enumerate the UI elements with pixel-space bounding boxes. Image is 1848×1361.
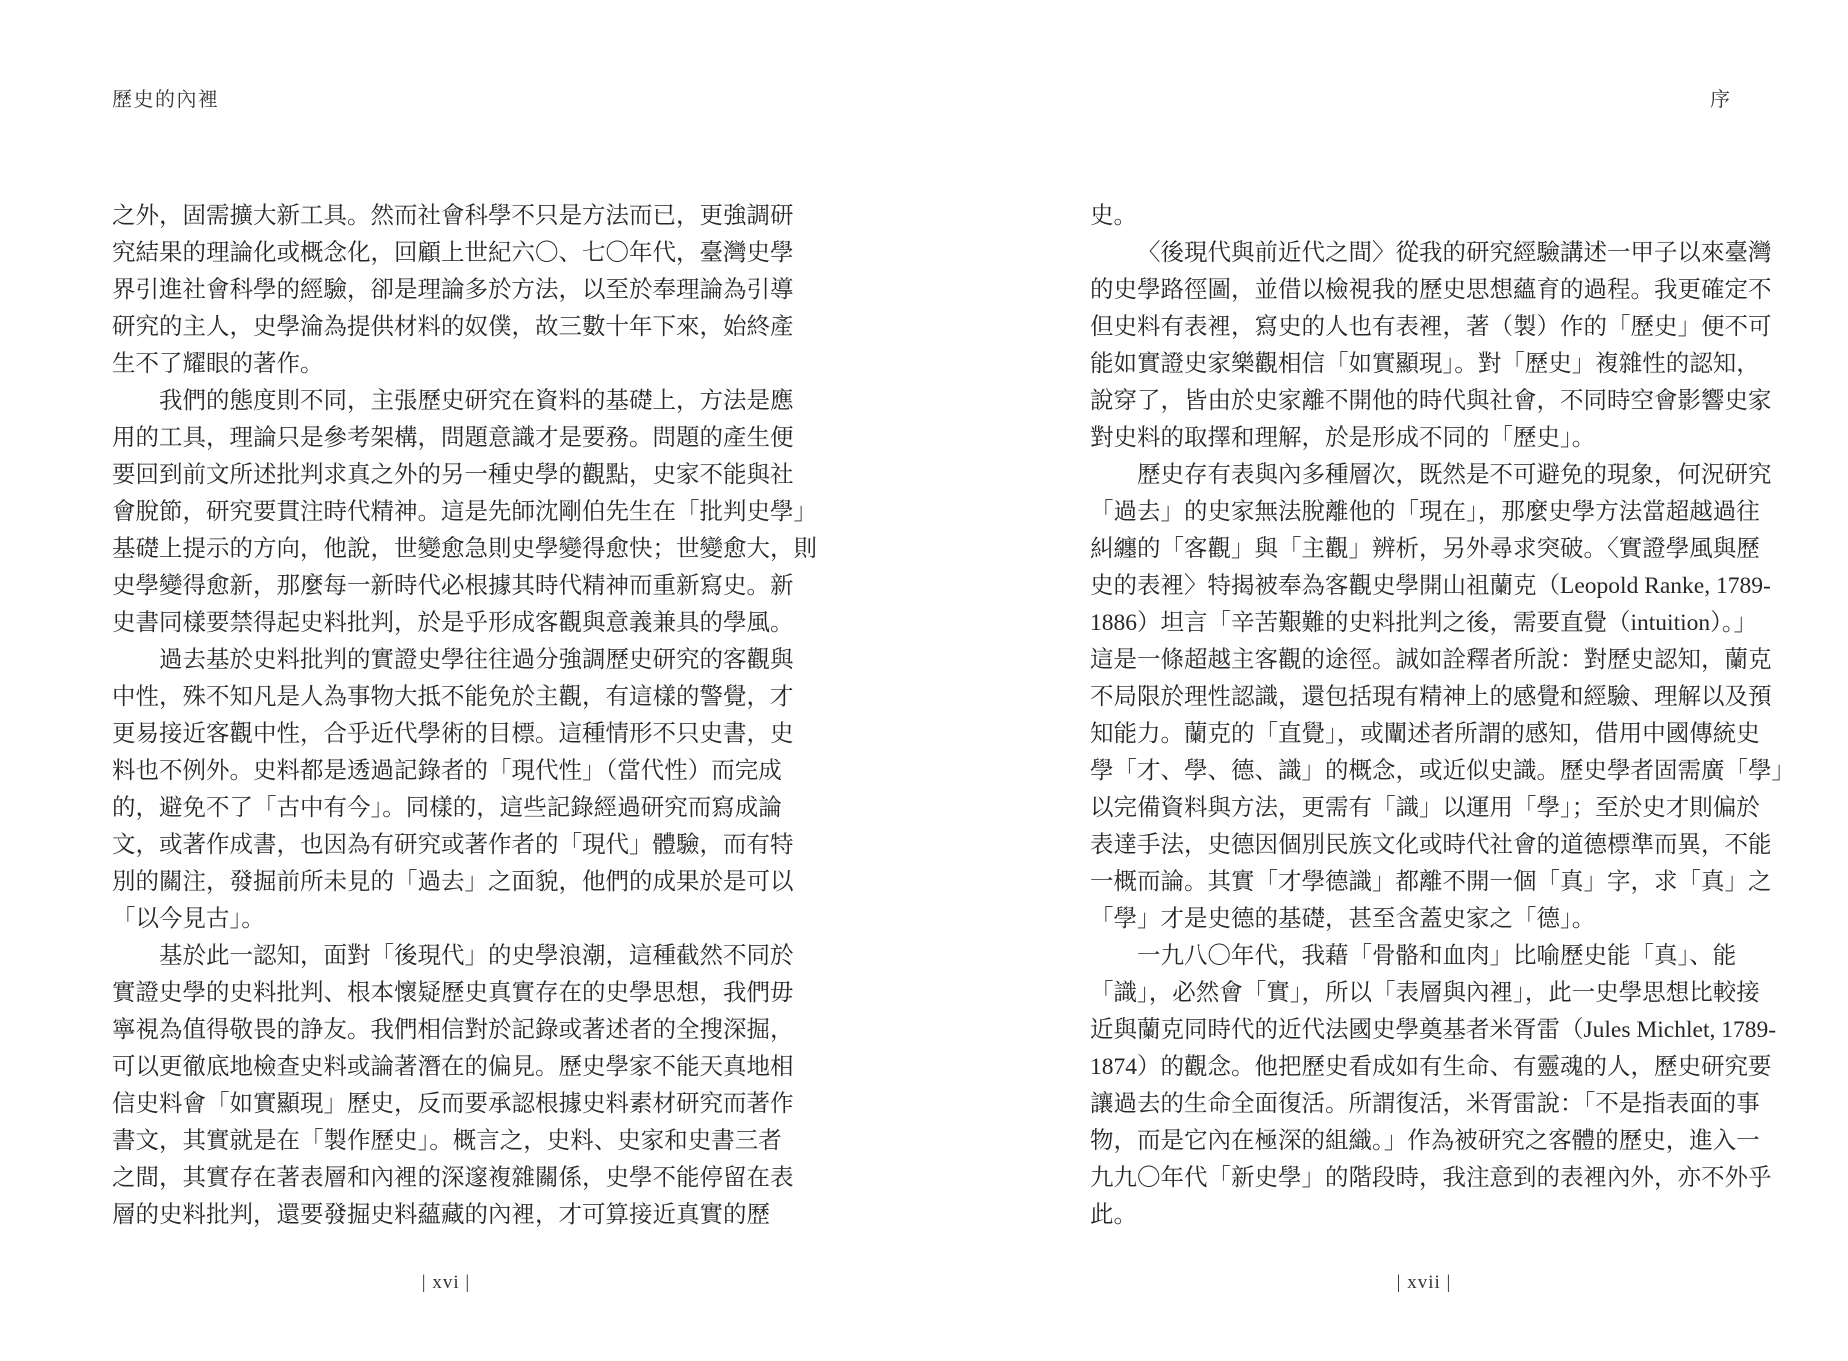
text-line: 界引進社會科學的經驗，卻是理論多於方法，以至於奉理論為引導 <box>112 272 780 309</box>
text-line: 這是一條超越主客觀的途徑。誠如詮釋者所說：對歷史認知，蘭克 <box>1090 642 1758 679</box>
text-line: 此。 <box>1090 1197 1758 1234</box>
text-line: 之外，固需擴大新工具。然而社會科學不只是方法而已，更強調研 <box>112 198 780 235</box>
text-line: 說穿了，皆由於史家離不開他的時代與社會，不同時空會影響史家 <box>1090 383 1758 420</box>
text-line: 近與蘭克同時代的近代法國史學奠基者米胥雷（Jules Michlet, 1789… <box>1090 1012 1758 1049</box>
left-text-column: 之外，固需擴大新工具。然而社會科學不只是方法而已，更強調研究結果的理論化或概念化… <box>112 198 780 1234</box>
text-line: 「學」才是史德的基礎，甚至含蓋史家之「德」。 <box>1090 901 1758 938</box>
text-line: 史書同樣要禁得起史料批判，於是乎形成客觀與意義兼具的學風。 <box>112 605 780 642</box>
text-line: 之間，其實存在著表層和內裡的深邃複雜關係，史學不能停留在表 <box>112 1160 780 1197</box>
text-line: 學「才、學、德、識」的概念，或近似史識。歷史學者固需廣「學」 <box>1090 753 1758 790</box>
text-line: 一概而論。其實「才學德識」都離不開一個「真」字，求「真」之 <box>1090 864 1758 901</box>
text-line: 書文，其實就是在「製作歷史」。概言之，史料、史家和史書三者 <box>112 1123 780 1160</box>
text-line: 不局限於理性認識，還包括現有精神上的感覺和經驗、理解以及預 <box>1090 679 1758 716</box>
text-line: 要回到前文所述批判求真之外的另一種史學的觀點，史家不能與社 <box>112 457 780 494</box>
text-line: 以完備資料與方法，更需有「識」以運用「學」；至於史才則偏於 <box>1090 790 1758 827</box>
text-line: 更易接近客觀中性，合乎近代學術的目標。這種情形不只史書，史 <box>112 716 780 753</box>
text-line: 信史料會「如實顯現」歷史，反而要承認根據史料素材研究而著作 <box>112 1086 780 1123</box>
text-line: 別的關注，發掘前所未見的「過去」之面貌，他們的成果於是可以 <box>112 864 780 901</box>
left-page-number: | xvi | <box>112 1272 780 1294</box>
text-line: 基礎上提示的方向，他說，世變愈急則史學變得愈快；世變愈大，則 <box>112 531 780 568</box>
text-line: 文，或著作成書，也因為有研究或著作者的「現代」體驗，而有特 <box>112 827 780 864</box>
text-line: 物，而是它內在極深的組織。」作為被研究之客體的歷史，進入一 <box>1090 1123 1758 1160</box>
text-line: 1874）的觀念。他把歷史看成如有生命、有靈魂的人，歷史研究要 <box>1090 1049 1758 1086</box>
text-line: 〈後現代與前近代之間〉從我的研究經驗講述一甲子以來臺灣 <box>1090 235 1758 272</box>
text-line: 對史料的取擇和理解，於是形成不同的「歷史」。 <box>1090 420 1758 457</box>
text-line: 過去基於史料批判的實證史學往往過分強調歷史研究的客觀與 <box>112 642 780 679</box>
text-line: 「過去」的史家無法脫離他的「現在」，那麼史學方法當超越過往 <box>1090 494 1758 531</box>
right-page-number: | xvii | <box>1090 1272 1758 1294</box>
text-line: 中性，殊不知凡是人為事物大抵不能免於主觀，有這樣的警覺，才 <box>112 679 780 716</box>
text-line: 實證史學的史料批判、根本懷疑歷史真實存在的史學思想，我們毋 <box>112 975 780 1012</box>
text-line: 我們的態度則不同，主張歷史研究在資料的基礎上，方法是應 <box>112 383 780 420</box>
text-line: 糾纏的「客觀」與「主觀」辨析，另外尋求突破。〈實證學風與歷 <box>1090 531 1758 568</box>
text-line: 史的表裡〉特揭被奉為客觀史學開山祖蘭克（Leopold Ranke, 1789- <box>1090 568 1758 605</box>
text-line: 研究的主人，史學淪為提供材料的奴僕，故三數十年下來，始終產 <box>112 309 780 346</box>
text-line: 歷史存有表與內多種層次，既然是不可避免的現象，何況研究 <box>1090 457 1758 494</box>
text-line: 用的工具，理論只是參考架構，問題意識才是要務。問題的產生便 <box>112 420 780 457</box>
page-right: 序 史。〈後現代與前近代之間〉從我的研究經驗講述一甲子以來臺灣的史學路徑圖，並借… <box>924 0 1848 1361</box>
text-line: 史學變得愈新，那麼每一新時代必根據其時代精神而重新寫史。新 <box>112 568 780 605</box>
text-line: 史。 <box>1090 198 1758 235</box>
text-line: 1886）坦言「辛苦艱難的史料批判之後，需要直覺（intuition）。」 <box>1090 605 1758 642</box>
text-line: 但史料有表裡，寫史的人也有表裡，著（製）作的「歷史」便不可 <box>1090 309 1758 346</box>
text-line: 一九八〇年代，我藉「骨骼和血肉」比喻歷史能「真」、能 <box>1090 938 1758 975</box>
running-head-book-title: 歷史的內裡 <box>112 83 220 112</box>
text-line: 料也不例外。史料都是透過記錄者的「現代性」（當代性）而完成 <box>112 753 780 790</box>
text-line: 九九〇年代「新史學」的階段時，我注意到的表裡內外，亦不外乎 <box>1090 1160 1758 1197</box>
text-line: 生不了耀眼的著作。 <box>112 346 780 383</box>
text-line: 「識」，必然會「實」，所以「表層與內裡」，此一史學思想比較接 <box>1090 975 1758 1012</box>
text-line: 基於此一認知，面對「後現代」的史學浪潮，這種截然不同於 <box>112 938 780 975</box>
running-head-chapter-title: 序 <box>1710 83 1732 112</box>
right-text-column: 史。〈後現代與前近代之間〉從我的研究經驗講述一甲子以來臺灣的史學路徑圖，並借以檢… <box>1090 198 1758 1234</box>
text-line: 可以更徹底地檢查史料或論著潛在的偏見。歷史學家不能天真地相 <box>112 1049 780 1086</box>
text-line: 寧視為值得敬畏的諍友。我們相信對於記錄或著述者的全搜深掘， <box>112 1012 780 1049</box>
text-line: 知能力。蘭克的「直覺」，或闡述者所謂的感知，借用中國傳統史 <box>1090 716 1758 753</box>
text-line: 層的史料批判，還要發掘史料蘊藏的內裡，才可算接近真實的歷 <box>112 1197 780 1234</box>
text-line: 表達手法，史德因個別民族文化或時代社會的道德標準而異，不能 <box>1090 827 1758 864</box>
page-left: 歷史的內裡 之外，固需擴大新工具。然而社會科學不只是方法而已，更強調研究結果的理… <box>0 0 924 1361</box>
text-line: 的，避免不了「古中有今」。同樣的，這些記錄經過研究而寫成論 <box>112 790 780 827</box>
text-line: 會脫節，研究要貫注時代精神。這是先師沈剛伯先生在「批判史學」 <box>112 494 780 531</box>
text-line: 的史學路徑圖，並借以檢視我的歷史思想蘊育的過程。我更確定不 <box>1090 272 1758 309</box>
text-line: 能如實證史家樂觀相信「如實顯現」。對「歷史」複雜性的認知， <box>1090 346 1758 383</box>
text-line: 讓過去的生命全面復活。所謂復活，米胥雷說：「不是指表面的事 <box>1090 1086 1758 1123</box>
text-line: 究結果的理論化或概念化，回顧上世紀六〇、七〇年代，臺灣史學 <box>112 235 780 272</box>
text-line: 「以今見古」。 <box>112 901 780 938</box>
